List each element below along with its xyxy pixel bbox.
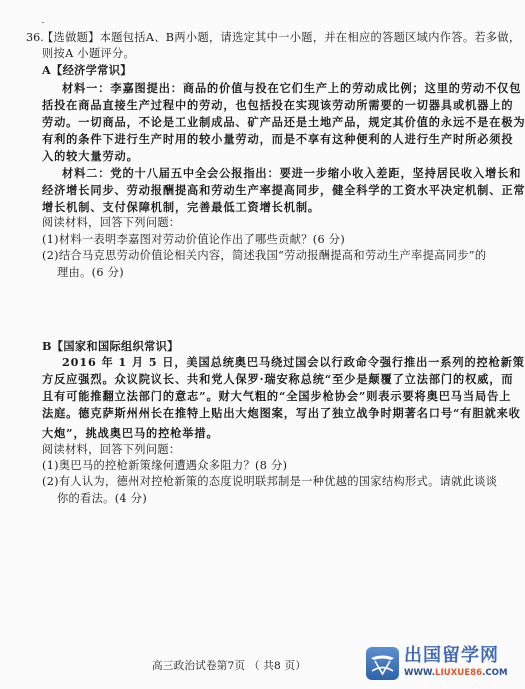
graduation-cap-icon <box>366 647 399 680</box>
question-intro-line-1: 【选做题】本题包括A、B两小题，请选定其中一小题，并在相应的答题区域内作答。若多… <box>42 31 521 45</box>
section-b-material-line: 且有可能推翻立法部门的意志”。财大气粗的“全国步枪协会”则表示要将奥巴马当局告上 <box>42 389 511 403</box>
section-a-question-1: (1)材料一表明李嘉图对劳动价值论作出了哪些贡献？(6 分) <box>42 233 345 247</box>
section-b-prompt: 阅读材料，回答下列问题： <box>42 443 180 457</box>
watermark-logo: 出国留学网 WWW.LIUXUE86.COM <box>366 646 512 682</box>
section-a-question-2: (2)结合马克思劳动价值论相关内容，简述我国“劳动报酬提高和劳动生产率提高同步”… <box>42 249 486 263</box>
material1-line: 括投在商品直接生产过程中的劳动，也包括投在实现该劳动所需要的一切器具或机器上的 <box>42 98 513 112</box>
watermark-url: WWW.LIUXUE86.COM <box>404 668 508 679</box>
scan-speck <box>42 22 44 23</box>
material1-line: 有利的条件下进行生产时用的较小量劳动，而是不享有这种便利的人进行生产时所必须投 <box>42 132 513 146</box>
material1-line: 劳动。一切商品，不论是工业制成品、矿产品还是土地产品，规定其价值的永远不是在极为 <box>42 115 525 129</box>
material2-line: 增长机制、支付保障机制，完善最低工资增长机制。 <box>42 200 320 214</box>
material1-line: 材料一：李嘉图提出：商品的价值与投在它们生产上的劳动成比例；这里的劳动不仅包 <box>62 81 521 95</box>
section-b-material-line: 法庭。德克萨斯州州长在推特上贴出大炮图案，写出了独立战争时期著名口号“有胆就来收 <box>42 406 521 420</box>
section-a-question-2-cont: 理由。(6 分) <box>57 266 124 280</box>
section-b-question-2-cont: 你的看法。(4 分) <box>57 492 147 506</box>
section-b-heading: B【国家和国际组织常识】 <box>42 339 179 353</box>
page-footer: 高三政治试卷第7页 （ 共8 页） <box>152 659 306 673</box>
section-b-material-line: 方反应强烈。众议院议长、共和党人保罗·瑞安称总统“至少是颠覆了立法部门的权威，而 <box>42 372 513 386</box>
section-a-heading: A【经济学常识】 <box>42 63 132 77</box>
section-b-question-2: (2)有人认为，德州对控枪新策的态度说明联邦制是一种优越的国家结构形式。请就此谈… <box>42 475 497 489</box>
material2-line: 经济增长同步、劳动报酬提高和劳动生产率提高同步，健全科学的工资水平决定机制、正常 <box>42 183 525 197</box>
section-b-question-1: (1)奥巴马的控枪新策缘何遭遇众多阻力？(8 分) <box>42 459 287 473</box>
watermark-url-suffix: .COM <box>482 668 507 678</box>
section-a-prompt: 阅读材料，回答下列问题： <box>42 216 180 230</box>
watermark-name: 出国留学网 <box>404 646 499 666</box>
question-intro-line-2: 则按A 小题评分。 <box>42 47 135 61</box>
watermark-url-prefix: WWW. <box>404 668 435 678</box>
section-b-material-line: 大炮”，挑战奥巴马的控枪举措。 <box>42 426 219 440</box>
material2-line: 材料二：党的十八届五中全会公报指出：要进一步缩小收入差距，坚持居民收入增长和 <box>62 166 521 180</box>
material1-line: 入的较大量劳动。 <box>42 149 139 163</box>
watermark-url-brand: LIUXUE86 <box>435 668 482 678</box>
section-b-material-line: 2016 年 1 月 5 日，美国总统奥巴马绕过国会以行政命令强行推出一系列的控… <box>62 355 525 369</box>
